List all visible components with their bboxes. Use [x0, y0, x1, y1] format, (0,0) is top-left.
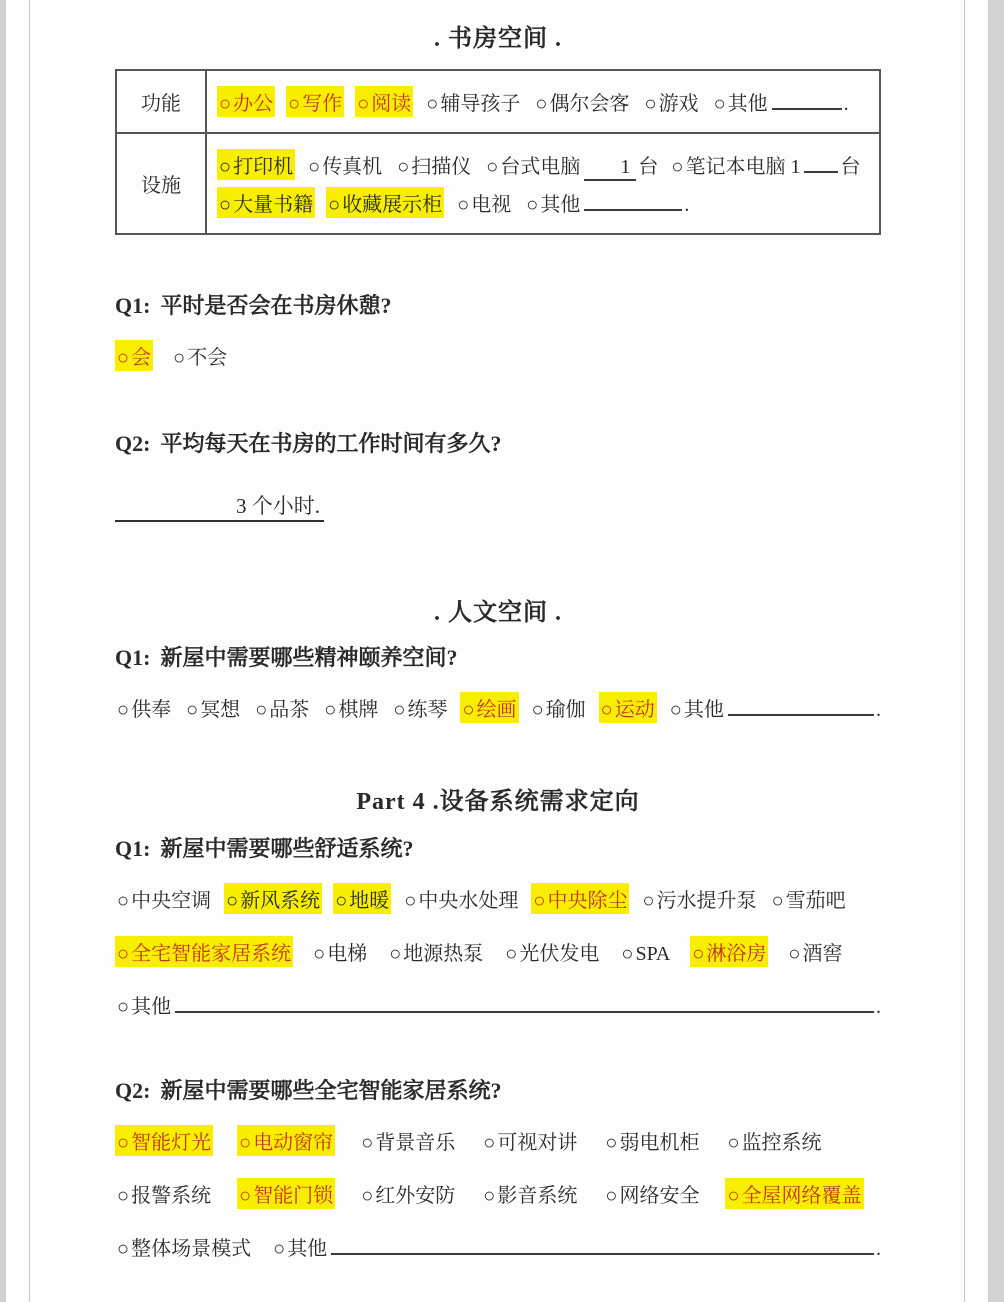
option-core: ○红外安防 [359, 1178, 457, 1209]
option-label: 网络安全 [619, 1185, 699, 1207]
option-淋浴房[interactable]: ○淋浴房 [690, 936, 768, 967]
radio-circle-icon: ○ [219, 194, 231, 216]
option-label: 可视对讲 [497, 1132, 577, 1154]
option-label: 阅读 [371, 93, 411, 115]
option-冥想[interactable]: ○冥想 [184, 692, 242, 723]
radio-circle-icon: ○ [393, 699, 405, 721]
option-core: ○背景音乐 [359, 1125, 457, 1156]
question-text: 新屋中需要哪些精神颐养空间? [160, 645, 457, 670]
option-suffix: 台 [840, 150, 860, 179]
option-label: 智能灯光 [131, 1132, 211, 1154]
option-背景音乐[interactable]: ○背景音乐 [359, 1125, 457, 1156]
option-suffix: . [876, 699, 881, 722]
option-label: 游戏 [659, 93, 699, 115]
option-label: 收藏展示柜 [342, 194, 442, 216]
option-suffix: . [684, 194, 689, 217]
option-网络安全[interactable]: ○网络安全 [603, 1178, 701, 1209]
option-绘画[interactable]: ○绘画 [460, 692, 518, 723]
option-core: ○监控系统 [725, 1125, 823, 1156]
option-酒窖[interactable]: ○酒窖 [786, 936, 844, 967]
option-智能灯光[interactable]: ○智能灯光 [115, 1125, 213, 1156]
radio-circle-icon: ○ [313, 943, 325, 965]
radio-circle-icon: ○ [526, 194, 538, 216]
radio-circle-icon: ○ [486, 156, 498, 178]
radio-circle-icon: ○ [335, 890, 347, 912]
option-core: ○辅导孩子 [424, 86, 522, 117]
option-可视对讲[interactable]: ○可视对讲 [481, 1125, 579, 1156]
radio-circle-icon: ○ [621, 943, 633, 965]
radio-circle-icon: ○ [714, 93, 726, 115]
option-监控系统[interactable]: ○监控系统 [725, 1125, 823, 1156]
radio-circle-icon: ○ [357, 93, 369, 115]
option-core: ○台式电脑 [484, 149, 582, 180]
option-label: 淋浴房 [706, 943, 766, 965]
radio-circle-icon: ○ [727, 1132, 739, 1154]
radio-circle-icon: ○ [324, 699, 336, 721]
option-core: ○污水提升泵 [640, 883, 758, 914]
option-label: 新风系统 [240, 890, 320, 912]
option-core: ○不会 [171, 340, 229, 371]
blank-underline-field[interactable] [175, 993, 874, 1013]
study-q1-options: ○会○不会 [115, 340, 881, 371]
option-label: 其他 [540, 194, 580, 216]
option-core: ○新风系统 [224, 883, 322, 914]
option-智能门锁[interactable]: ○智能门锁 [237, 1178, 335, 1209]
option-label: 其他 [684, 699, 724, 721]
radio-circle-icon: ○ [361, 1185, 373, 1207]
option-电动窗帘[interactable]: ○电动窗帘 [237, 1125, 335, 1156]
radio-circle-icon: ○ [255, 699, 267, 721]
option-core: ○其他 [271, 1231, 329, 1262]
option-运动[interactable]: ○运动 [599, 692, 657, 723]
question-number: Q1: [115, 836, 150, 861]
option-core: ○报警系统 [115, 1178, 213, 1209]
radio-circle-icon: ○ [288, 93, 300, 115]
option-core: ○电视 [455, 187, 513, 218]
option-suffix: . [876, 996, 881, 1019]
option-扫描仪[interactable]: ○扫描仪 [395, 149, 473, 180]
function-options-cell: ○办公○写作○阅读○辅导孩子○偶尔会客○游戏○其他. [206, 70, 880, 133]
option-core: ○绘画 [460, 692, 518, 723]
option-电视[interactable]: ○电视 [455, 187, 513, 218]
scanned-sheet: . 书房空间 . 功能 ○办公○写作○阅读○辅导孩子○偶尔会客○游戏○其他. 设… [29, 0, 965, 1302]
table-row: 功能 ○办公○写作○阅读○辅导孩子○偶尔会客○游戏○其他. [116, 70, 880, 133]
study-room-table: 功能 ○办公○写作○阅读○辅导孩子○偶尔会客○游戏○其他. 设施 ○打印机○传真… [115, 69, 881, 235]
option-label: 全宅智能家居系统 [131, 943, 291, 965]
study-q2-answer-row: 3 个小时. [115, 490, 881, 522]
option-label: 污水提升泵 [657, 890, 757, 912]
radio-circle-icon: ○ [239, 1132, 251, 1154]
radio-circle-icon: ○ [239, 1185, 251, 1207]
option-core: ○运动 [599, 692, 657, 723]
option-core: ○偶尔会客 [533, 86, 631, 117]
option-收藏展示柜[interactable]: ○收藏展示柜 [326, 187, 444, 218]
radio-circle-icon: ○ [692, 943, 704, 965]
option-core: ○中央水处理 [402, 883, 520, 914]
radio-circle-icon: ○ [772, 890, 784, 912]
option-影音系统[interactable]: ○影音系统 [481, 1178, 579, 1209]
radio-circle-icon: ○ [535, 93, 547, 115]
option-label: 供奉 [131, 699, 171, 721]
radio-circle-icon: ○ [308, 156, 320, 178]
option-传真机[interactable]: ○传真机 [306, 149, 384, 180]
radio-circle-icon: ○ [273, 1238, 285, 1260]
option-label: 中央除尘 [547, 890, 627, 912]
option-label: 弱电机柜 [619, 1132, 699, 1154]
option-报警系统[interactable]: ○报警系统 [115, 1178, 213, 1209]
radio-circle-icon: ○ [644, 93, 656, 115]
radio-circle-icon: ○ [361, 1132, 373, 1154]
option-label: 写作 [302, 93, 342, 115]
option-其他[interactable]: ○其他. [115, 989, 881, 1020]
option-core: ○打印机 [217, 149, 295, 180]
question-text: 新屋中需要哪些全宅智能家居系统? [160, 1078, 501, 1103]
part4-q1-header: Q1:新屋中需要哪些舒适系统? [115, 832, 881, 863]
option-中央空调[interactable]: ○中央空调 [115, 883, 213, 914]
radio-circle-icon: ○ [605, 1132, 617, 1154]
option-label: 其他 [131, 996, 171, 1018]
radio-circle-icon: ○ [186, 699, 198, 721]
radio-circle-icon: ○ [671, 156, 683, 178]
option-core: ○其他 [712, 86, 770, 117]
option-红外安防[interactable]: ○红外安防 [359, 1178, 457, 1209]
option-core: ○传真机 [306, 149, 384, 180]
option-label: 电动窗帘 [253, 1132, 333, 1154]
option-core: ○瑜伽 [530, 692, 588, 723]
option-label: 传真机 [322, 156, 382, 178]
option-suffix: . [844, 93, 849, 116]
facility-options-cell: ○打印机○传真机○扫描仪○台式电脑1台○笔记本电脑 1台 ○大量书籍○收藏展示柜… [206, 133, 880, 234]
option-core: ○其他 [115, 989, 173, 1020]
option-line: ○办公○写作○阅读○辅导孩子○偶尔会客○游戏○其他. [217, 86, 871, 117]
radio-circle-icon: ○ [505, 943, 517, 965]
document-page: . 书房空间 . 功能 ○办公○写作○阅读○辅导孩子○偶尔会客○游戏○其他. 设… [6, 0, 988, 1302]
radio-circle-icon: ○ [532, 699, 544, 721]
option-core: ○会 [115, 340, 153, 371]
option-整体场景模式[interactable]: ○整体场景模式 [115, 1231, 253, 1262]
question-number: Q1: [115, 645, 150, 670]
option-中央水处理[interactable]: ○中央水处理 [402, 883, 520, 914]
radio-circle-icon: ○ [483, 1132, 495, 1154]
part4-q2-options-line3: ○整体场景模式○其他. [115, 1231, 881, 1262]
section-title-part4: Part 4 .设备系统需求定向 [115, 781, 881, 816]
option-label: 红外安防 [375, 1185, 455, 1207]
option-core: ○全屋网络覆盖 [725, 1178, 863, 1209]
option-core: ○酒窖 [786, 936, 844, 967]
option-label: 整体场景模式 [131, 1238, 251, 1260]
blank-underline-field[interactable] [331, 1235, 874, 1255]
option-core: ○扫描仪 [395, 149, 473, 180]
option-其他[interactable]: ○其他. [668, 692, 881, 723]
part4-q1-options-line1: ○中央空调○新风系统○地暖○中央水处理○中央除尘○污水提升泵○雪茄吧 [115, 883, 881, 914]
option-core: ○智能门锁 [237, 1178, 335, 1209]
radio-circle-icon: ○ [117, 1185, 129, 1207]
option-label: 棋牌 [338, 699, 378, 721]
option-其他[interactable]: ○其他. [524, 187, 689, 218]
option-label: 地暖 [349, 890, 389, 912]
option-core: ○电动窗帘 [237, 1125, 335, 1156]
study-q2-header: Q2:平均每天在书房的工作时间有多久? [115, 427, 881, 458]
question-number: Q2: [115, 431, 150, 456]
radio-circle-icon: ○ [219, 93, 231, 115]
option-core: ○阅读 [355, 86, 413, 117]
question-number: Q1: [115, 293, 150, 318]
option-core: ○写作 [286, 86, 344, 117]
option-line: ○大量书籍○收藏展示柜○电视○其他. [217, 187, 871, 218]
option-label: 办公 [233, 93, 273, 115]
radio-circle-icon: ○ [117, 996, 129, 1018]
option-label: 绘画 [477, 699, 517, 721]
option-label: 练琴 [407, 699, 447, 721]
option-core: ○中央除尘 [531, 883, 629, 914]
radio-circle-icon: ○ [226, 890, 238, 912]
option-不会[interactable]: ○不会 [171, 340, 229, 371]
radio-circle-icon: ○ [727, 1185, 739, 1207]
option-core: ○地暖 [333, 883, 391, 914]
section-title-study-room: . 书房空间 . [115, 18, 881, 53]
option-core: ○整体场景模式 [115, 1231, 253, 1262]
option-label: 品茶 [269, 699, 309, 721]
option-label: 大量书籍 [233, 194, 313, 216]
option-电梯[interactable]: ○电梯 [311, 936, 369, 967]
radio-circle-icon: ○ [462, 699, 474, 721]
option-全屋网络覆盖[interactable]: ○全屋网络覆盖 [725, 1178, 863, 1209]
option-label: 运动 [615, 699, 655, 721]
option-label: 中央水处理 [418, 890, 518, 912]
radio-circle-icon: ○ [642, 890, 654, 912]
option-label: 电视 [471, 194, 511, 216]
option-label: 中央空调 [131, 890, 211, 912]
option-label: 冥想 [200, 699, 240, 721]
option-label: 瑜伽 [546, 699, 586, 721]
option-line: ○打印机○传真机○扫描仪○台式电脑1台○笔记本电脑 1台 [217, 149, 871, 181]
option-label: 其他 [287, 1238, 327, 1260]
radio-circle-icon: ○ [457, 194, 469, 216]
option-core: ○网络安全 [603, 1178, 701, 1209]
option-label: 电梯 [327, 943, 367, 965]
option-污水提升泵[interactable]: ○污水提升泵 [640, 883, 758, 914]
part4-q2-header: Q2:新屋中需要哪些全宅智能家居系统? [115, 1074, 881, 1105]
option-地暖[interactable]: ○地暖 [333, 883, 391, 914]
option-label: 酒窖 [803, 943, 843, 965]
option-label: SPA [635, 943, 670, 965]
option-core: ○大量书籍 [217, 187, 315, 218]
radio-circle-icon: ○ [117, 699, 129, 721]
option-core: ○冥想 [184, 692, 242, 723]
option-新风系统[interactable]: ○新风系统 [224, 883, 322, 914]
radio-circle-icon: ○ [219, 156, 231, 178]
option-core: ○供奉 [115, 692, 173, 723]
option-大量书籍[interactable]: ○大量书籍 [217, 187, 315, 218]
radio-circle-icon: ○ [605, 1185, 617, 1207]
option-suffix: 台 [638, 150, 658, 179]
option-label: 辅导孩子 [440, 93, 520, 115]
option-偶尔会客[interactable]: ○偶尔会客 [533, 86, 631, 117]
option-打印机[interactable]: ○打印机 [217, 149, 295, 180]
option-label: 笔记本电脑 1 [685, 156, 800, 178]
option-label: 全屋网络覆盖 [742, 1185, 862, 1207]
radio-circle-icon: ○ [397, 156, 409, 178]
part4-q2-options-line1: ○智能灯光○电动窗帘○背景音乐○可视对讲○弱电机柜○监控系统 [115, 1125, 881, 1156]
option-台式电脑[interactable]: ○台式电脑1台 [484, 149, 658, 181]
radio-circle-icon: ○ [117, 943, 129, 965]
option-suffix: . [876, 1238, 881, 1261]
option-中央除尘[interactable]: ○中央除尘 [531, 883, 629, 914]
option-棋牌[interactable]: ○棋牌 [322, 692, 380, 723]
part4-q1-options-line3: ○其他. [115, 989, 881, 1020]
radio-circle-icon: ○ [173, 347, 185, 369]
blank-underline-field[interactable] [728, 696, 874, 716]
option-会[interactable]: ○会 [115, 340, 153, 371]
option-练琴[interactable]: ○练琴 [391, 692, 449, 723]
option-label: 其他 [728, 93, 768, 115]
option-供奉[interactable]: ○供奉 [115, 692, 173, 723]
option-全宅智能家居系统[interactable]: ○全宅智能家居系统 [115, 936, 293, 967]
option-笔记本电脑 1[interactable]: ○笔记本电脑 1台 [669, 149, 860, 180]
blank-underline-field[interactable] [804, 153, 838, 173]
option-core: ○游戏 [642, 86, 700, 117]
option-core: ○品茶 [253, 692, 311, 723]
option-label: 背景音乐 [375, 1132, 455, 1154]
part4-q1-options-line2: ○全宅智能家居系统○电梯○地源热泵○光伏发电○SPA○淋浴房○酒窖 [115, 936, 881, 967]
radio-circle-icon: ○ [601, 699, 613, 721]
question-number: Q2: [115, 1078, 150, 1103]
radio-circle-icon: ○ [117, 890, 129, 912]
option-辅导孩子[interactable]: ○辅导孩子 [424, 86, 522, 117]
radio-circle-icon: ○ [404, 890, 416, 912]
option-core: ○笔记本电脑 1 [669, 149, 802, 180]
option-core: ○影音系统 [481, 1178, 579, 1209]
option-core: ○练琴 [391, 692, 449, 723]
radio-circle-icon: ○ [788, 943, 800, 965]
option-core: ○雪茄吧 [770, 883, 848, 914]
humanity-q1-options: ○供奉○冥想○品茶○棋牌○练琴○绘画○瑜伽○运动○其他. [115, 692, 881, 723]
radio-circle-icon: ○ [389, 943, 401, 965]
radio-circle-icon: ○ [426, 93, 438, 115]
option-core: ○其他 [524, 187, 582, 218]
option-label: 台式电脑 [500, 156, 580, 178]
question-text: 新屋中需要哪些舒适系统? [160, 836, 413, 861]
option-label: 雪茄吧 [786, 890, 846, 912]
row-label-function: 功能 [116, 70, 206, 133]
option-core: ○地源热泵 [387, 936, 485, 967]
study-q1-header: Q1:平时是否会在书房休憩? [115, 289, 881, 320]
option-label: 会 [131, 347, 151, 369]
option-label: 报警系统 [131, 1185, 211, 1207]
option-雪茄吧[interactable]: ○雪茄吧 [770, 883, 848, 914]
radio-circle-icon: ○ [117, 347, 129, 369]
radio-circle-icon: ○ [670, 699, 682, 721]
option-core: ○中央空调 [115, 883, 213, 914]
option-core: ○淋浴房 [690, 936, 768, 967]
question-text: 平时是否会在书房休憩? [160, 293, 391, 318]
section-title-humanity: . 人文空间 . [115, 592, 881, 627]
option-label: 地源热泵 [403, 943, 483, 965]
option-core: ○智能灯光 [115, 1125, 213, 1156]
option-label: 偶尔会客 [549, 93, 629, 115]
row-label-facility: 设施 [116, 133, 206, 234]
option-光伏发电[interactable]: ○光伏发电 [503, 936, 601, 967]
option-label: 光伏发电 [519, 943, 599, 965]
option-label: 影音系统 [497, 1185, 577, 1207]
option-其他[interactable]: ○其他. [712, 86, 849, 117]
radio-circle-icon: ○ [117, 1238, 129, 1260]
option-瑜伽[interactable]: ○瑜伽 [530, 692, 588, 723]
option-品茶[interactable]: ○品茶 [253, 692, 311, 723]
option-label: 智能门锁 [253, 1185, 333, 1207]
option-label: 监控系统 [742, 1132, 822, 1154]
option-弱电机柜[interactable]: ○弱电机柜 [603, 1125, 701, 1156]
option-游戏[interactable]: ○游戏 [642, 86, 700, 117]
radio-circle-icon: ○ [483, 1185, 495, 1207]
blank-underline-field[interactable]: 1 [584, 156, 636, 181]
part4-q2-options-line2: ○报警系统○智能门锁○红外安防○影音系统○网络安全○全屋网络覆盖 [115, 1178, 881, 1209]
option-core: ○其他 [668, 692, 726, 723]
radio-circle-icon: ○ [533, 890, 545, 912]
blank-underline-field[interactable] [772, 90, 842, 110]
humanity-q1-header: Q1:新屋中需要哪些精神颐养空间? [115, 641, 881, 672]
option-写作[interactable]: ○写作 [286, 86, 344, 117]
option-label: 打印机 [233, 156, 293, 178]
option-阅读[interactable]: ○阅读 [355, 86, 413, 117]
radio-circle-icon: ○ [117, 1132, 129, 1154]
answer-underline-field[interactable]: 3 个小时. [115, 490, 324, 522]
blank-underline-field[interactable] [584, 191, 682, 211]
radio-circle-icon: ○ [328, 194, 340, 216]
option-core: ○收藏展示柜 [326, 187, 444, 218]
question-text: 平均每天在书房的工作时间有多久? [160, 431, 501, 456]
table-row: 设施 ○打印机○传真机○扫描仪○台式电脑1台○笔记本电脑 1台 ○大量书籍○收藏… [116, 133, 880, 234]
option-label: 扫描仪 [411, 156, 471, 178]
option-core: ○全宅智能家居系统 [115, 936, 293, 967]
option-core: ○弱电机柜 [603, 1125, 701, 1156]
option-其他[interactable]: ○其他. [271, 1231, 881, 1262]
option-SPA[interactable]: ○SPA [619, 942, 672, 967]
option-地源热泵[interactable]: ○地源热泵 [387, 936, 485, 967]
option-core: ○SPA [619, 942, 672, 967]
option-core: ○光伏发电 [503, 936, 601, 967]
option-core: ○电梯 [311, 936, 369, 967]
option-core: ○可视对讲 [481, 1125, 579, 1156]
option-label: 不会 [187, 347, 227, 369]
option-core: ○办公 [217, 86, 275, 117]
option-core: ○棋牌 [322, 692, 380, 723]
option-办公[interactable]: ○办公 [217, 86, 275, 117]
